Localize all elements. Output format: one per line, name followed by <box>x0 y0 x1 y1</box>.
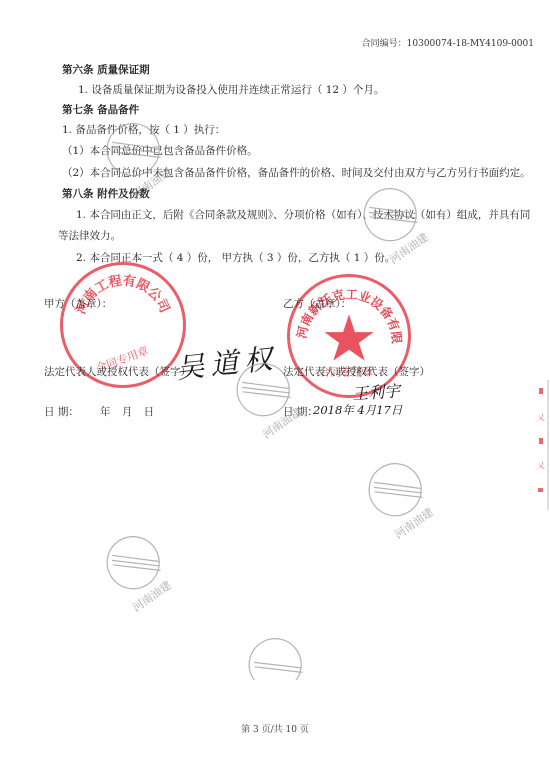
section-heading-warranty: 第六条 质量保证期 <box>62 62 150 77</box>
svg-text:河南油建: 河南油建 <box>387 230 431 267</box>
sinopec-watermark-icon: 河南油建 <box>98 105 188 205</box>
svg-text:河南油建: 河南油建 <box>130 165 174 202</box>
sinopec-watermark-icon: 河南油建 <box>355 170 445 270</box>
svg-text:河南油建: 河南油建 <box>130 578 174 615</box>
page-number: 第 3 页/共 10 页 <box>0 722 550 735</box>
clause-warranty-period: 1. 设备质量保证期为设备投入使用并连续正常运行（ 12 ）个月。 <box>78 82 384 97</box>
svg-text:乂: 乂 <box>537 461 545 470</box>
sinopec-watermark-icon: 河南油建 <box>228 345 318 445</box>
contract-page: 合同编号：10300074-18-MY4109-0001 第六条 质量保证期 1… <box>0 0 550 778</box>
clause-attachments-1a: 1. 本合同由正文，后附《合同条款及规则》、分项价格（如有）、技术协议（如有）组… <box>76 207 530 222</box>
sinopec-watermark-icon <box>240 620 330 680</box>
party-b-date-value: 2018年 4月17日 <box>313 402 402 418</box>
svg-text:河南油建: 河南油建 <box>392 505 436 542</box>
party-b-seal-label: 乙方（盖章）： <box>283 296 351 311</box>
party-a-date-label: 日 期： <box>44 404 79 419</box>
contract-number: 合同编号：10300074-18-MY4109-0001 <box>362 36 534 49</box>
cross-page-seal-fragment: 乂 乂 <box>536 380 550 510</box>
clause-attachments-1b: 等法律效力。 <box>58 228 121 243</box>
sinopec-watermark-icon: 河南油建 <box>360 445 450 545</box>
party-a-date-value: 年 月 日 <box>100 404 154 419</box>
sinopec-watermark-icon: 河南油建 <box>98 518 188 618</box>
party-b-handwritten-signature: 王利宇 <box>351 378 401 404</box>
svg-text:河南油建: 河南油建 <box>260 405 304 442</box>
party-a-seal-label: 甲方（盖章）： <box>44 296 112 311</box>
svg-text:乂: 乂 <box>537 413 545 422</box>
party-a-rep-label: 法定代表人或授权代表（签字） <box>44 364 191 379</box>
